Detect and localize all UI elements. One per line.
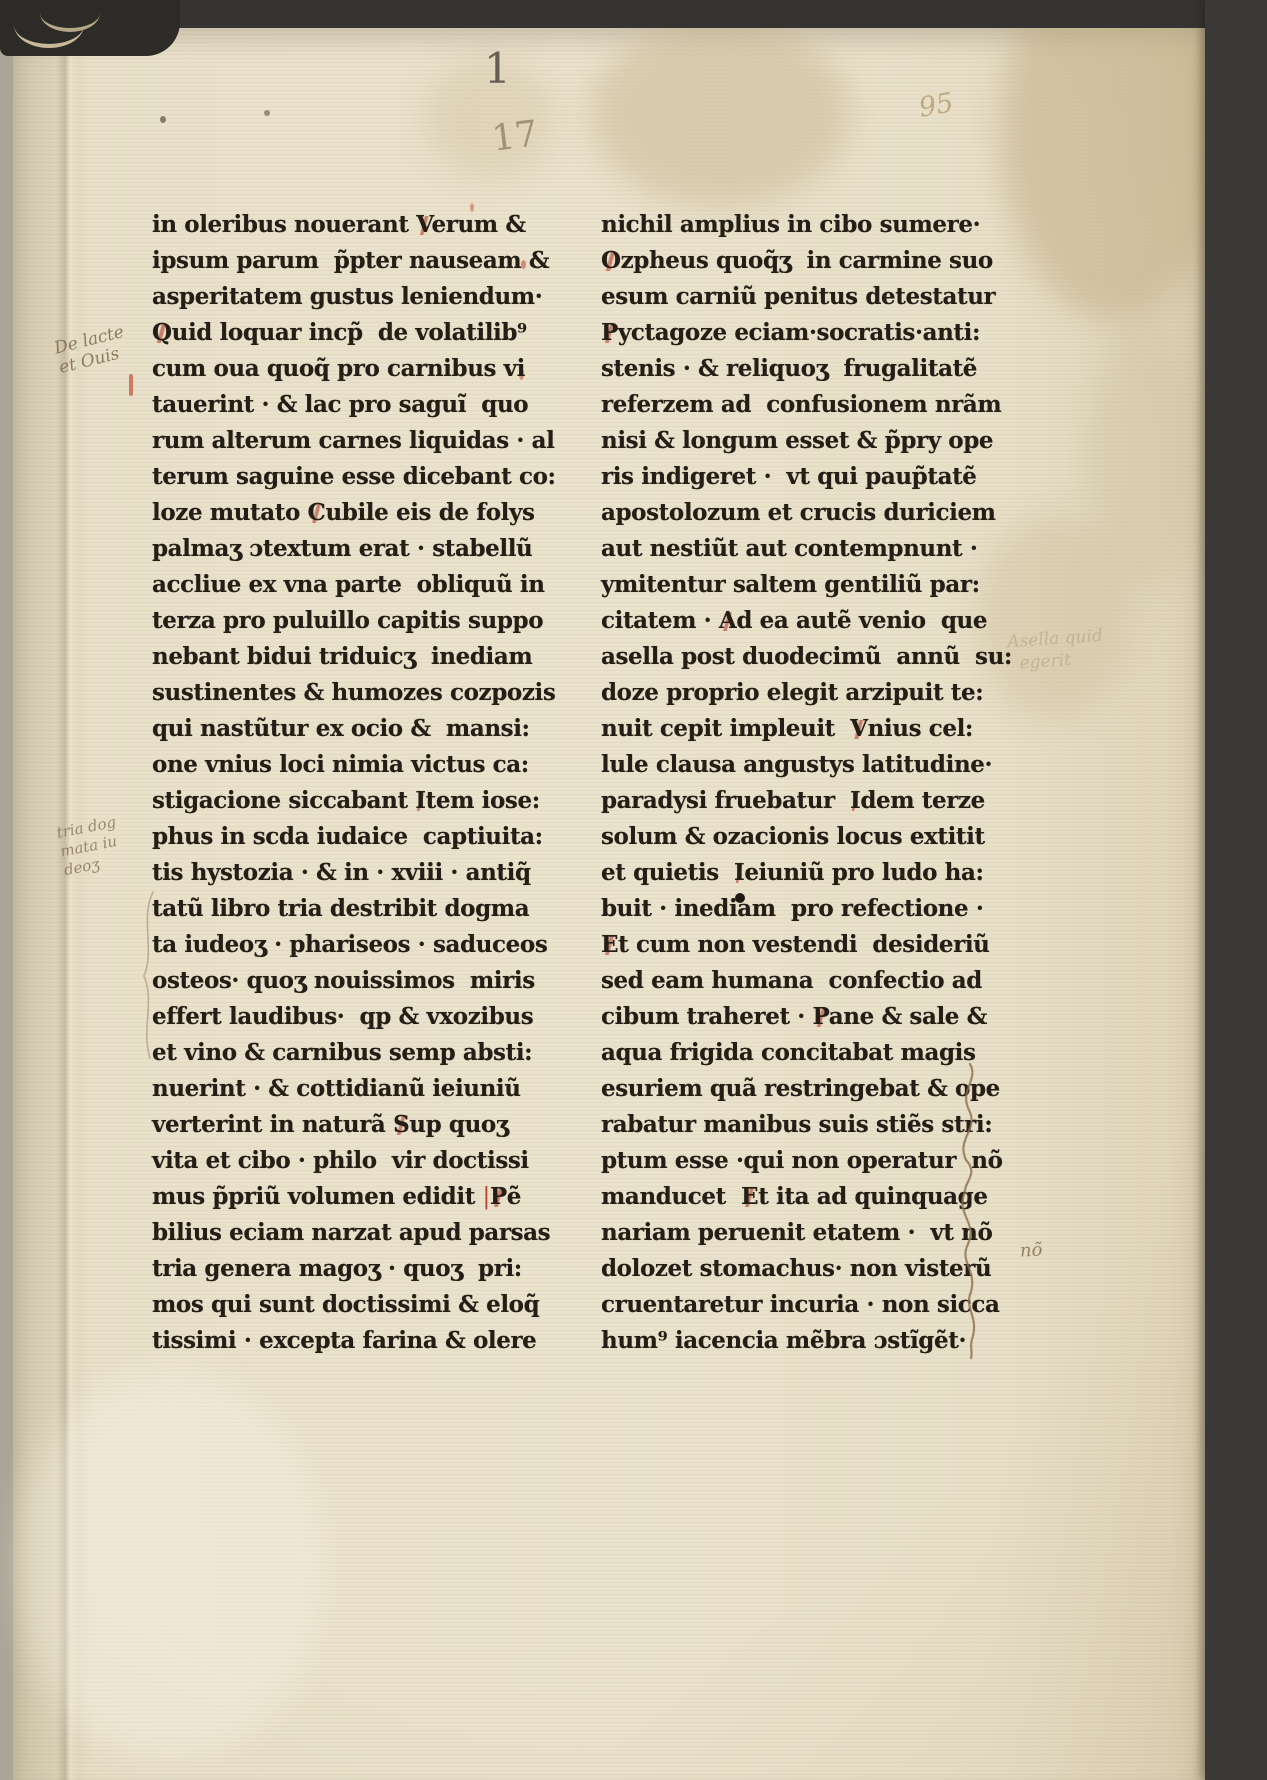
scan-top-background (0, 0, 1267, 28)
ink-speck (264, 110, 270, 116)
text-line: in oleribus nouerant Verum & (152, 207, 556, 243)
rubricated-initial: E (741, 1183, 758, 1210)
text-line: ta iudeoʒ · phariseos · saduceos (152, 927, 556, 963)
margin-brace-left (136, 888, 162, 1063)
text-line: tria genera magoʒ · quoʒ pri: (152, 1251, 556, 1287)
paper-stain (1085, 320, 1205, 590)
text-line: aqua frigida concitabat magis (601, 1035, 1012, 1071)
margin-note-no: nõ (1019, 1239, 1043, 1261)
handwritten-numeral-seventeen: 17 (490, 113, 540, 159)
text-line: bilius eciam narzat apud parsas (152, 1215, 556, 1251)
rubricated-initial: P (601, 319, 618, 346)
text-line: stigacione siccabant Item iose: (152, 783, 556, 819)
rubricated-initial: I (850, 787, 860, 814)
rubricated-initial: A (719, 607, 736, 634)
margin-note-tria-dogmata: tria dogmata iudeoʒ (55, 813, 125, 880)
text-line: palmaʒ ɔtextum erat · stabellũ (152, 531, 556, 567)
text-line: nebant bidui triduicʒ inediam (152, 639, 556, 675)
text-line: nisi & longum esset & p̃pry ope (601, 423, 1012, 459)
text-line: sed eam humana confectio ad (601, 963, 1012, 999)
ink-speck (160, 116, 166, 123)
handwritten-numeral-one: 1 (484, 44, 511, 93)
text-line: terum saguine esse dicebant co: (152, 459, 556, 495)
margin-note-asella: Asella quid egerit (1007, 625, 1105, 676)
text-line: Pyctagoze eciam·socratis·anti: (601, 315, 1012, 351)
text-line: nuerint · & cottidianũ ieiuniũ (152, 1071, 556, 1107)
book-corner-leaves (0, 0, 180, 56)
text-line: accliue ex vna parte obliquũ in (152, 567, 556, 603)
text-line: stenis · & reliquoʒ frugalitatẽ (601, 351, 1012, 387)
text-line: Ozpheus quoq̃ʒ in carmine suo (601, 243, 1012, 279)
text-line: aut nestiũt aut contempnunt · (601, 531, 1012, 567)
paper-sheen (15, 1370, 325, 1760)
text-line: nuit cepit impleuit Vnius cel: (601, 711, 1012, 747)
manuscript-scan: 1 17 95 in oleribus nouerant Verum &ipsu… (0, 0, 1267, 1780)
red-ink-mark: | (483, 1184, 490, 1210)
text-line: mos qui sunt doctissimi & eloq̃ (152, 1287, 556, 1323)
text-line: citatem · Ad ea autẽ venio que (601, 603, 1012, 639)
text-line: effert laudibus· qp & vxozibus (152, 999, 556, 1035)
text-line: ris indigeret · vt qui paup̃tatẽ (601, 459, 1012, 495)
text-line: qui nastũtur ex ocio & mansi: (152, 711, 556, 747)
text-line: vita et cibo · philo vir doctissi (152, 1143, 556, 1179)
text-line: ipsum parum p̃pter nauseam & (152, 243, 556, 279)
text-line: cruentaretur incuria · non sicca (601, 1287, 1012, 1323)
red-ink-stroke (129, 374, 133, 396)
text-line: ymitentur saltem gentiliũ par: (601, 567, 1012, 603)
rubricated-initial: E (601, 931, 618, 958)
scan-right-background (1205, 0, 1267, 1780)
text-line: hum⁹ iacencia mẽbra ɔstĩgẽt· (601, 1323, 1012, 1359)
margin-brace-right (952, 1060, 988, 1360)
rubricated-initial: O (601, 247, 621, 274)
text-line: mus p̃priũ volumen edidit |Pẽ (152, 1179, 556, 1215)
text-line: tissimi · excepta farina & olere (152, 1323, 556, 1359)
text-line: Quid loquar incp̃ de volatilib⁹ (152, 315, 556, 351)
text-line: manducet Et ita ad quinquage (601, 1179, 1012, 1215)
text-line: dolozet stomachus· non visterũ (601, 1251, 1012, 1287)
text-line: sustinentes & humozes cozpozis (152, 675, 556, 711)
text-line: referzem ad confusionem nrãm (601, 387, 1012, 423)
text-line: nariam peruenit etatem · vt nõ (601, 1215, 1012, 1251)
text-line: buit · inediam pro refectione · (601, 891, 1012, 927)
text-line: asella post duodecimũ annũ su: (601, 639, 1012, 675)
text-column-right: nichil amplius in cibo sumere·Ozpheus qu… (601, 207, 1012, 1359)
rubricated-initial: S (393, 1111, 409, 1138)
text-line: one vnius loci nimia victus ca: (152, 747, 556, 783)
text-line: loze mutato Cubile eis de folys (152, 495, 556, 531)
text-line: rabatur manibus suis stiẽs stri: (601, 1107, 1012, 1143)
text-line: cum oua quoq̃ pro carnibus vi (152, 351, 556, 387)
text-line: esuriem quã restringebat & ope (601, 1071, 1012, 1107)
rubricated-initial: C (308, 499, 326, 526)
text-line: Et cum non vestendi desideriũ (601, 927, 1012, 963)
rubricated-initial: I (734, 859, 744, 886)
rubricated-initial: V (850, 715, 867, 742)
text-line: doze proprio elegit arzipuit te: (601, 675, 1012, 711)
folio-number: 95 (917, 87, 956, 123)
text-line: tis hystozia · & in · xviii · antiq̃ (152, 855, 556, 891)
rubricated-initial: V (416, 211, 431, 238)
rubricated-initial: Q (152, 319, 172, 346)
text-line: apostolozum et crucis duriciem (601, 495, 1012, 531)
text-column-left: in oleribus nouerant Verum &ipsum parum … (152, 207, 556, 1359)
rubricated-initial: I (415, 787, 425, 814)
text-line: terza pro puluillo capitis suppo (152, 603, 556, 639)
text-line: cibum traheret · Pane & sale & (601, 999, 1012, 1035)
rubricated-initial: P (813, 1003, 829, 1030)
text-line: paradysi fruebatur Idem terze (601, 783, 1012, 819)
text-line: solum & ozacionis locus extitit (601, 819, 1012, 855)
text-line: phus in scda iudaice captiuita: (152, 819, 556, 855)
text-line: et vino & carnibus semp absti: (152, 1035, 556, 1071)
text-line: tatũ libro tria destribit dogma (152, 891, 556, 927)
text-line: esum carniũ penitus detestatur (601, 279, 1012, 315)
rubricated-initial: P (490, 1183, 507, 1210)
text-line: lule clausa angustys latitudine· (601, 747, 1012, 783)
text-line: ptum esse ·qui non operatur nõ (601, 1143, 1012, 1179)
page-left-edge (0, 26, 13, 1780)
text-line: et quietis Ieiuniũ pro ludo ha: (601, 855, 1012, 891)
text-line: asperitatem gustus leniendum· (152, 279, 556, 315)
text-line: verterint in naturã Sup quoʒ (152, 1107, 556, 1143)
text-line: nichil amplius in cibo sumere· (601, 207, 1012, 243)
text-line: rum alterum carnes liquidas · al (152, 423, 556, 459)
text-line: osteos· quoʒ nouissimos miris (152, 963, 556, 999)
text-line: nõ (1019, 1239, 1043, 1261)
text-line: tauerint · & lac pro saguĩ quo (152, 387, 556, 423)
paper-stain (590, 18, 850, 208)
